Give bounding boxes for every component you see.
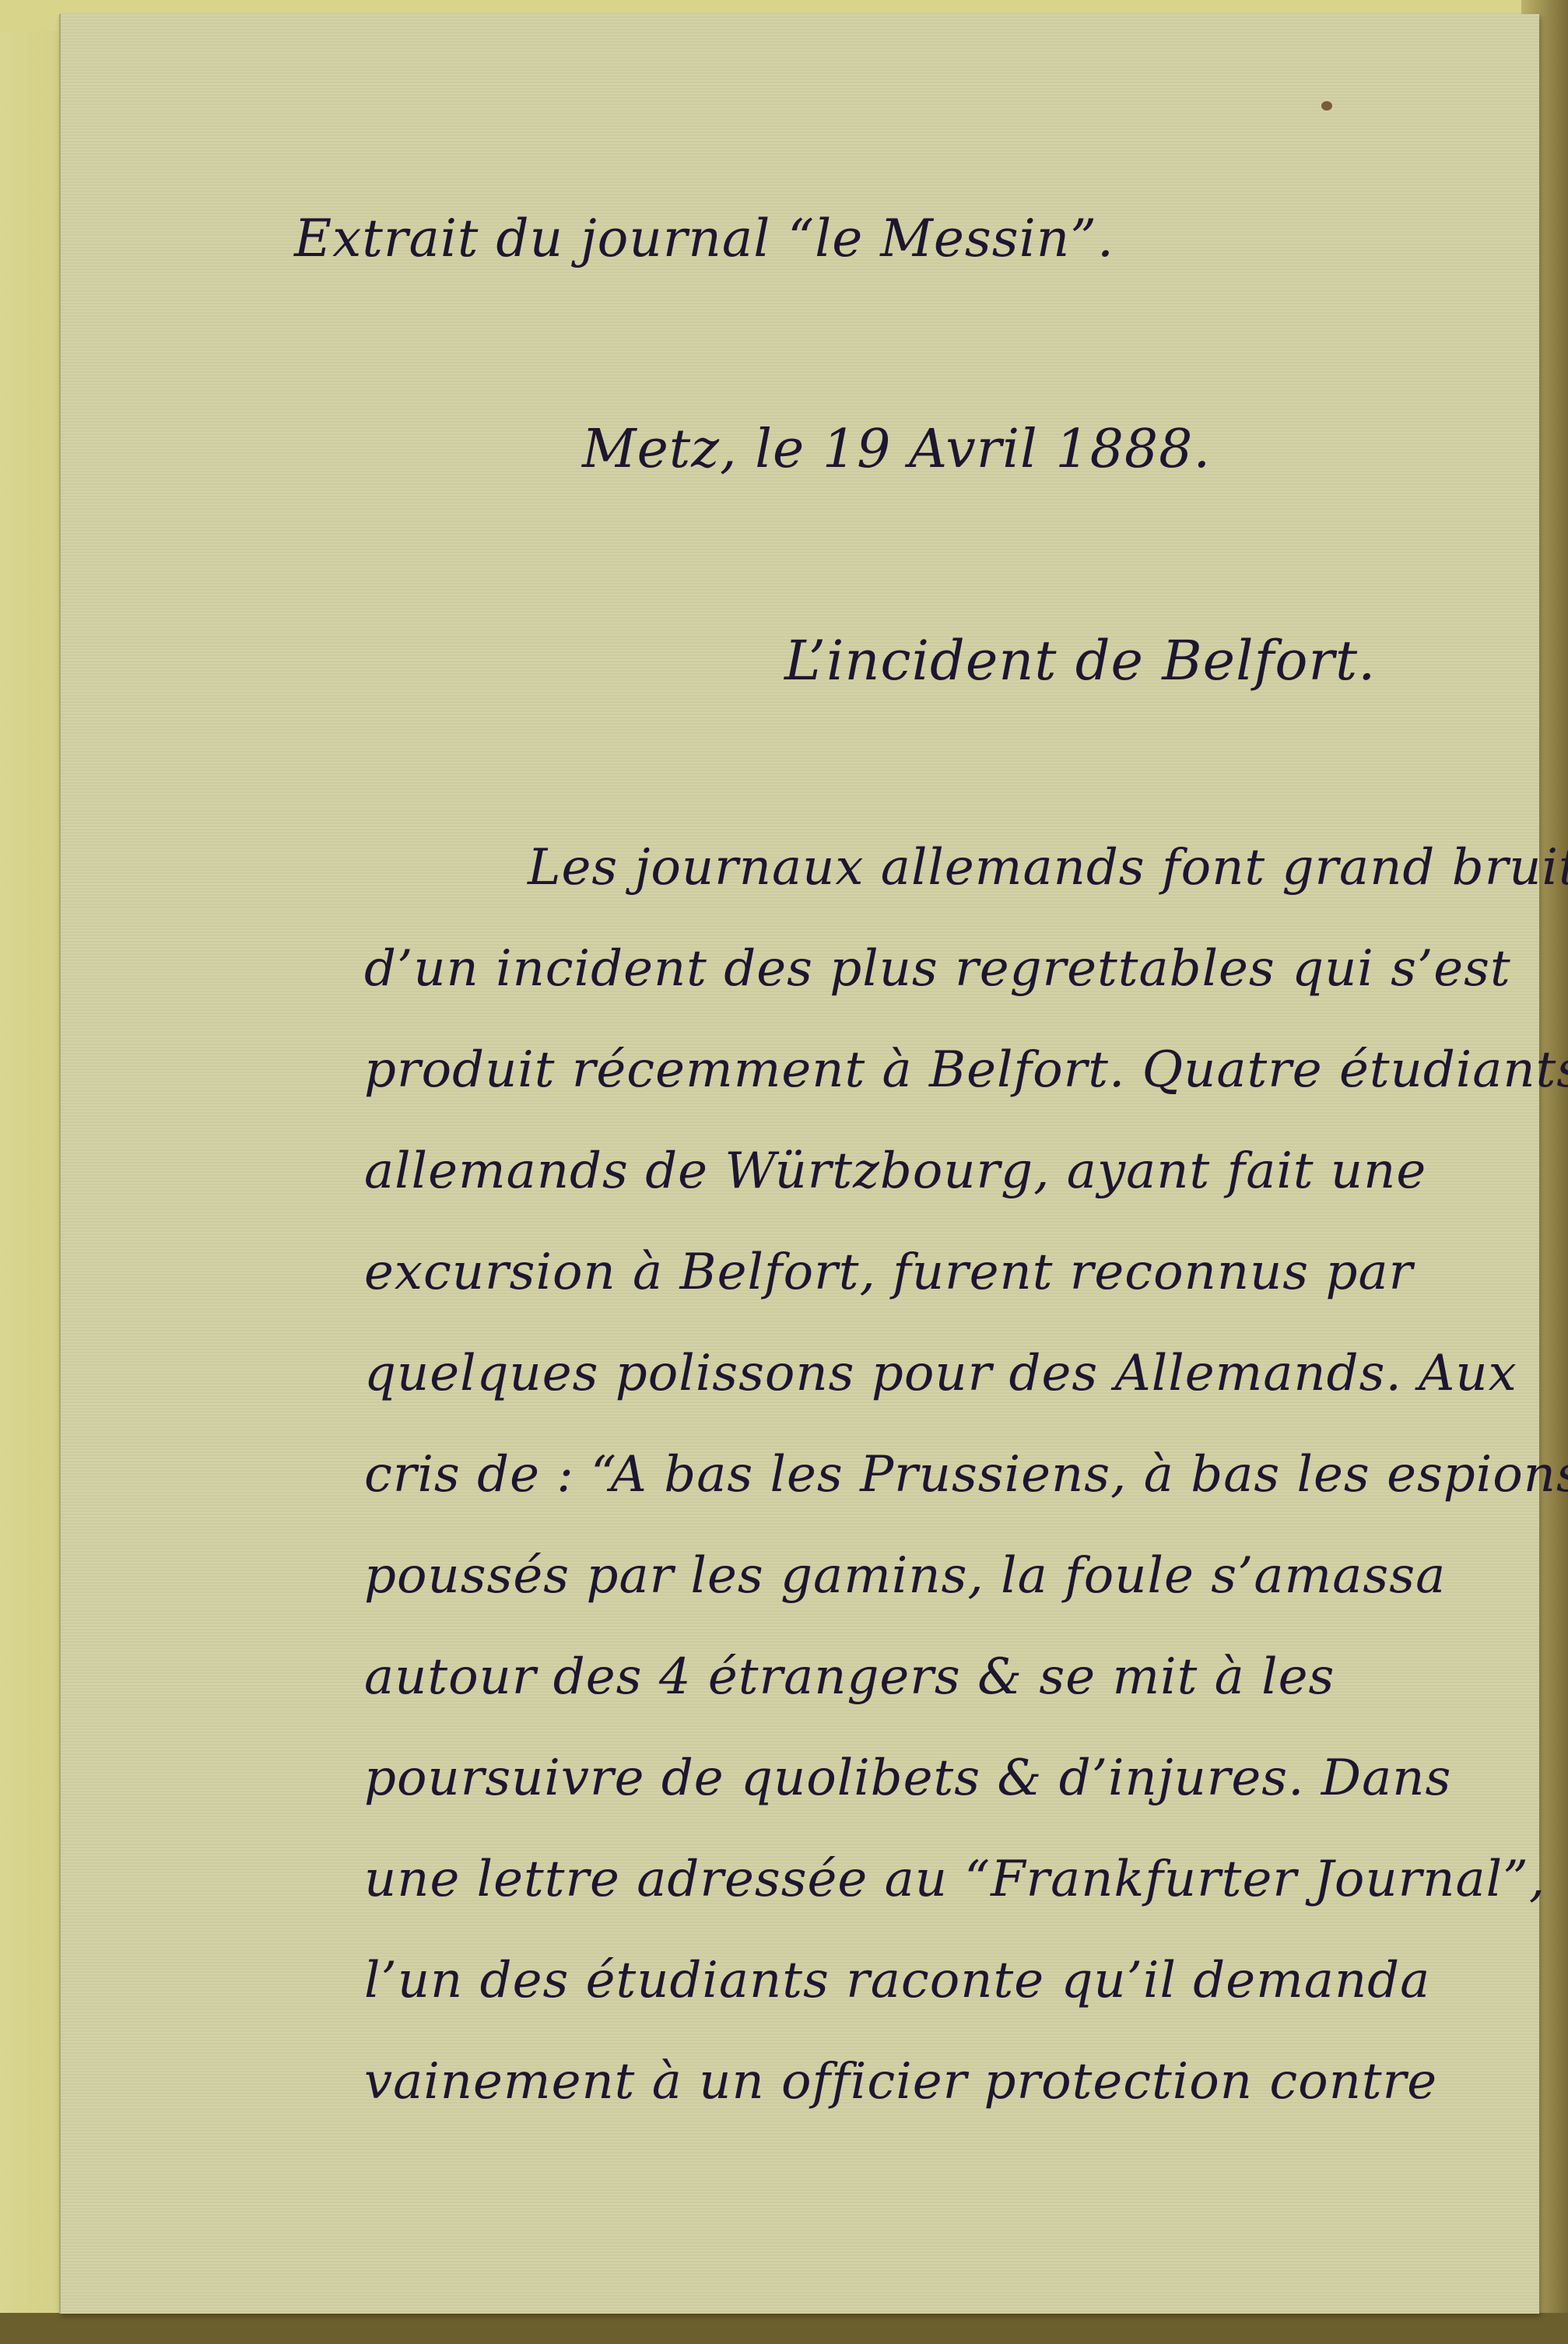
body-line: autour des 4 étrangers & se mit à les (364, 1648, 1335, 1706)
body-line: poussés par les gamins, la foule s’amass… (364, 1547, 1446, 1605)
ink-spot (1321, 101, 1332, 111)
backdrop-bottom (0, 2313, 1568, 2344)
body-line: d’un incident des plus regrettables qui … (364, 940, 1511, 998)
body-line: l’un des étudiants raconte qu’il demanda (364, 1952, 1430, 2009)
document-heading: Extrait du journal “le Messin”. (294, 209, 1114, 268)
body-line: allemands de Würtzbourg, ayant fait une (364, 1142, 1426, 1200)
body-line: poursuivre de quolibets & d’injures. Dan… (364, 1749, 1451, 1807)
article-title: L’incident de Belfort. (784, 629, 1376, 693)
manuscript-page: Extrait du journal “le Messin”. Metz, le… (59, 14, 1539, 2314)
dateline: Metz, le 19 Avril 1888. (582, 419, 1211, 480)
body-line: Les journaux allemands font grand bruit (528, 839, 1568, 897)
body-line: excursion à Belfort, furent reconnus par (364, 1244, 1413, 1301)
body-line: une lettre adressée au “Frankfurter Jour… (364, 1851, 1545, 1908)
body-line: vainement à un officier protection contr… (364, 2053, 1437, 2111)
body-line: produit récemment à Belfort. Quatre étud… (364, 1041, 1568, 1099)
body-line: quelques polissons pour des Allemands. A… (364, 1345, 1517, 1402)
body-line: cris de : “A bas les Prussiens, à bas le… (364, 1446, 1568, 1504)
